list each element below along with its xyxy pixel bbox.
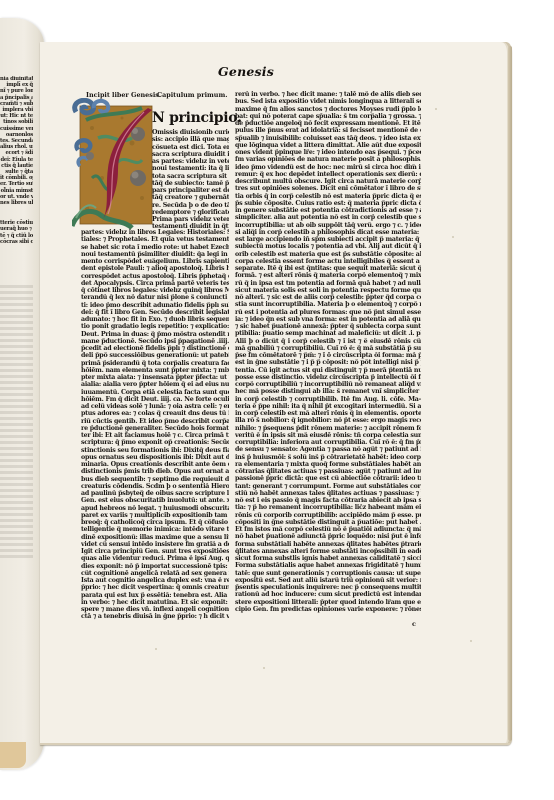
right-column: rerũ in verbo. ⁊ hec dicit̃ mane: ⁊ tal… [235, 91, 421, 613]
text-line: iuuamentũ. Corpa etiā celestia facta s… [81, 389, 229, 396]
text-line: ptibilia: p̃uatio semp machinat̃ ad male… [235, 330, 421, 337]
text-line: tē ⁊ q̃ ctiũ lo [0, 233, 33, 239]
text-line: apud hebreos nõ legat̃. ⁊ huiusmodi obs… [81, 505, 229, 512]
text-line: nĩ ⁊ pure loni [0, 88, 33, 94]
text-line: veritũ ẽ in ipsis sit mã eiusdē rōn… [235, 432, 421, 439]
text-line: scriptura: q̃ p̃mo exponit op̃ creationi… [81, 439, 229, 446]
text-line: p̃s subie cōposite. Cuius ratio est: q̃… [235, 200, 421, 207]
text-line: in corp̃ celestib̃ est mã alterĩ rōni… [235, 410, 421, 417]
text-line: sicut materia solis est soli in potentia… [235, 287, 421, 294]
text-line: posse esse distinctio. videlız circūscr… [235, 374, 421, 381]
text-line: tres sut opiniōes solenes. Dicit enī c… [235, 185, 421, 192]
text-line: tiales: ⁊ Prophetales. Et quia vetus tes… [81, 236, 229, 243]
text-line: parata qui est lux p̃ essētiã: tenebra… [81, 592, 229, 599]
text-line: pars principaliter est de deo [152, 187, 229, 194]
page-bottom-edge [40, 743, 510, 745]
text-line: ti: ideo p̃mo describit adunatio fidelis… [81, 302, 229, 309]
text-line: Alii þ o dicũt q̃ i corp̃ celestib̃ ⁊ i… [235, 338, 421, 345]
text-line: distinctionis p̃mis trib̃ dieb̃. Opus au… [81, 468, 229, 475]
text-line: paret ex variis ⁊ multiplicib̃ expositio… [81, 512, 229, 519]
text-line: spere ⁊ mane dies vñ. inflexi angeli co… [81, 606, 229, 613]
text-line: tinos sobili [0, 119, 33, 125]
text-line: tia: ⁊ p̃ h̃o remanent incorruptibilia: … [235, 504, 421, 511]
text-line: dei: q̃ fit ĩ libro Gen. Secūdo descri… [81, 309, 229, 316]
text-line: expositũ est. Sed aut̃ aliũ istarũ tr… [235, 577, 421, 584]
text-line: p̃cedit ad electionē fidelis p̃plı ⁊ di… [81, 345, 229, 352]
text-line: ter ibi: Et ait faciamus hoiē ⁊ c. Circ… [81, 432, 229, 439]
text-line: subiectũ motus localis ⁊ potentia ad vb… [235, 243, 421, 250]
text-line: nõ est i eis passio q̃ magis facta cōt… [235, 497, 421, 504]
text-line: dent epistole Pauli: ⁊ alioq̃ apostoloq̃… [81, 265, 229, 272]
text-line: ra elementaria ⁊ mixta quoq̃ forme subst… [235, 461, 421, 468]
text-line: Igit̃ circa principiũ Gen. sunt tres ex… [81, 548, 229, 555]
text-line: dies exponit: nõ p̃ importat̃ successio… [81, 563, 229, 570]
text-line: dei: Eiula te [0, 157, 33, 163]
text-line: fm varias opiniōes de natura materie po… [235, 156, 421, 163]
text-line: Forma substātialis aque habet annexas f… [235, 562, 421, 569]
text-line: videt̃ cũ sensui intēdo insistere fm g… [81, 541, 229, 548]
text-line: nihilo: ⁊ p̃sequens p̃dit rōnem materie… [235, 425, 421, 432]
text-line: creaturis cōdendis. Scd̃m þ o sententia… [81, 483, 229, 490]
text-line: ad paulinũ p̃sbyteq̃ de oibus sacre scr… [81, 490, 229, 497]
text-line: bus. Sed ista expositio videt̃ nimis lon… [235, 98, 421, 105]
text-line: quas alie videntur reduci. Prima ẽ ipsi… [81, 555, 229, 562]
text-line: ins̃ p̃ huiusmōi: s̃ solũ ins̃ p̃ cōt… [235, 454, 421, 461]
text-line: noui testamenti: ita q̃ licz [152, 165, 229, 172]
text-line: ideo p̃mo videndũ est de hoc: nec mirũ… [235, 164, 421, 171]
text-line: tāq̃ de subiecto: tamẽ p̃ma [152, 180, 229, 187]
text-line: q̃litates annexas alteri forme substāti… [235, 548, 421, 555]
text-line: mento corrispõdet euãgelium. Libris sa… [81, 258, 229, 265]
text-line: sp̃ualib̃ ⁊ inuisibilib̃: coluisset eas … [235, 135, 421, 142]
text-line: stere expositioni litterali: p̃pter quod… [235, 599, 421, 606]
text-line: cōcras sibi cornifi. [0, 239, 33, 245]
text-line: cõsueta est dici. Tota enim [152, 144, 229, 151]
catchword: c [412, 620, 416, 628]
text-line: deli p̃põ successiōibus generationũ: … [81, 352, 229, 359]
text-line: stiũ nõ habēt annexas tales q̃litates… [235, 490, 421, 497]
text-line: separate. Itē q̃ ibi est q̃ntitas: que … [235, 265, 421, 272]
text-line: cōpositi in g̃ne substātie distinguit̃… [235, 519, 421, 526]
text-line: tentia. Cũ igit̃ actus sit qui distingu… [235, 367, 421, 374]
previous-leaf-text: nia diuinitatis implī ex q̃ nĩ ⁊ pure … [0, 76, 33, 245]
text-line: sacra scriptura diuidit̃ i du- [152, 151, 229, 158]
text-line: ecort ⁊ s̃di [0, 150, 33, 156]
text-line: riũ cūctis gentib̃. Et ideo p̃mo descr… [81, 418, 229, 425]
text-line: pter mixta aiata: ⁊ insensata p̃pter p̃f… [81, 374, 229, 381]
text-line: illa rõ s̃ nobilior: q̃ ignobilior: nõ… [235, 417, 421, 424]
text-line: bat̃: qui nõ poterat cape sp̃ualia: s̃ … [235, 113, 421, 120]
text-line: Ista aut̃ cognitio angelica duplex est: … [81, 577, 229, 584]
text-line: dinē expositionũ: illas maxime que a s… [81, 534, 229, 541]
text-line: partes: videlız in libros Legales: Histo… [81, 229, 229, 236]
text-line: rũ q̃ in ipsa est t̃m potentia ad forma… [235, 280, 421, 287]
text-line: correspõdet actus apostoloq̃. Libris p̃… [81, 273, 229, 280]
text-line: Gen. est eius obscuritatib̃ inuolutũ: u… [81, 497, 229, 504]
text-line: incorruptibilia: ut ab oib̃ suppōit tā… [235, 222, 421, 229]
text-line: q̃ cōtinet libros legales: videlız quin… [81, 287, 229, 294]
text-line: orib̃ celestib̃ est materia que est p̃s … [235, 251, 421, 258]
text-line: breoq̃: q̃ catholicoq̃ circa ipsum. Et q… [81, 519, 229, 526]
previous-leaf-edge [0, 742, 26, 768]
text-line: cōtrarias q̃litates actiuas ⁊ passiuas:… [235, 468, 421, 475]
text-line: Omissis diuisionib̃ curio- [152, 129, 229, 136]
text-line: in verbo: ⁊ hec dicit̃ matutina. Et sic … [81, 599, 229, 606]
illuminated-initial-icon [72, 98, 156, 232]
text-line: de p̃ductiōe angeloq̃ nõ fecit express… [235, 120, 421, 127]
text-line: telligentie q̃ memorie inimica: intēdo … [81, 526, 229, 533]
text-line: si aliq̃i in corp̃ celestib̃ a philosoph… [235, 229, 421, 236]
text-line: nõ habet p̃uationē adiunctā p̃pric lo… [235, 533, 421, 540]
text-line: adunato: ⁊ hoc fit in Exo. ⁊ duob̃ libri… [81, 316, 229, 323]
text-line: que lōginqua videt̃ a littera dimittat̃… [235, 142, 421, 149]
text-line: noui testamentũ p̃similiter diuidit̃: q… [81, 251, 229, 258]
text-line: ol̃nia mimst [0, 188, 33, 194]
text-line: est in g̃ne substātie ⁊ i p̃ p̃ cōposi… [235, 359, 421, 366]
text-line: redemptore ⁊ glorificatore. [152, 209, 229, 216]
text-line: ptus adores ea: ⁊ colas q̃ creauit dns d… [81, 410, 229, 417]
text-line: de sensu ⁊ sensato: Agentia ⁊ passa nõ … [235, 446, 421, 453]
text-line: remur: q̃ ex hoc depēdet intellect̃ ope… [235, 171, 421, 178]
text-line: tota sacra scriptura sit de uno [152, 173, 229, 180]
text-line: sicut forma subst̃lis ignis habet annexa… [235, 555, 421, 562]
text-line: p̃se fm cōmētatorē ⁊ p̃m̃: ⁊ ĩ ō ci… [235, 352, 421, 359]
text-line: forma substātiali habēte annexas q̃lit… [235, 541, 421, 548]
text-line: re. Secūda þ o de deo tāq̃ [152, 202, 229, 209]
text-line: tāq̃ creatore ⁊ gubernāto- [152, 194, 229, 201]
text-line: in genere substātie est potentia cōtra… [235, 207, 421, 214]
text-line: rerũ in verbo. ⁊ hec dicit̃ mane: ⁊ tal… [235, 91, 421, 98]
text-line: describunt̃ multũ obscure. Igit̃ circa … [235, 178, 421, 185]
text-line: rōnis cũ corporib̃ corruptibilib̃: acc… [235, 512, 421, 519]
page-fore-edge [508, 46, 512, 741]
text-line: er. Tertio sut [0, 181, 33, 187]
text-line: ad celũ videas solē ⁊ lunā: ⁊ oia ast… [81, 403, 229, 410]
text-line: nes libres ulanti [0, 200, 33, 206]
text-line: corpõ corruptibiliũ ⁊ incorruptibiliũ… [235, 381, 421, 388]
text-line: stia sunt incorruptibilia. Materia þ o e… [235, 301, 421, 308]
text-line: tia orbis q̃ in corp̃ celestib̃ nõ est … [235, 193, 421, 200]
text-line: a p̃ncipalis ab̃ [0, 95, 33, 101]
text-line: ⁊ sic habet p̃uationē annexā: p̃pter q… [235, 323, 421, 330]
text-line: Deut. Prima in duas: q̃ p̃mo mõstra ost… [81, 331, 229, 338]
text-line: cuissime vene [0, 126, 33, 132]
text-line: teria ẽ p̃pe nihil: ita q̃ nihil p̃t ex… [235, 403, 421, 410]
text-line: bus dieb̃ sequentib̃: ⁊ septimo die requ… [81, 476, 229, 483]
text-line: re p̃ductionē generaliter. Secūdo hois… [81, 425, 229, 432]
previous-leaf-show-through-text [0, 285, 33, 560]
text-line: tatē: que sunt generationis ⁊ corruptio… [235, 570, 421, 577]
text-line: formā. ⁊ est alterĩ rōnis q̃ materia … [235, 272, 421, 279]
text-line: passionē p̃pric dictā: que est cũ abi… [235, 475, 421, 482]
left-column-narrow: Omissis diuisionib̃ curio- sis: accipio … [152, 129, 229, 231]
text-line: tant̃: generant̃ ⁊ corrumpunt̃. Forme au… [235, 483, 421, 490]
text-line: sis: accipio illã que magis [152, 136, 229, 143]
running-head: Genesis [216, 64, 276, 79]
text-line: cipio Gen. fm predictas opiniones varie … [235, 606, 421, 613]
left-column: partes: videlız in libros Legales: Histo… [81, 229, 229, 621]
text-line: Et fm istos mã corpõ celestiũ nõ ẽ … [235, 526, 421, 533]
text-line: se habet sic rota ĩ medio rote: ut habe… [81, 244, 229, 251]
text-line: rũ est i potentia ad plures formas: que… [235, 309, 421, 316]
chapter-heading: Capitulum primum. [157, 91, 227, 99]
text-line: terandũ q̃ lex nõ datur nisi p̃lone s̃… [81, 294, 229, 301]
text-line: hec mã posse distingui ab illa: s̃ rema… [235, 388, 421, 395]
text-line: as partes: videlız in veteris ⁊ [152, 158, 229, 165]
text-line: Prima pars videlız veteris [152, 216, 229, 223]
text-line: nõ alterĩ. ⁊ sic est de aliis corp̃ ce… [235, 294, 421, 301]
text-line: ctā ⁊ a tenebris diuisā in g̃ne p̃prio… [81, 613, 229, 620]
text-line: det Apocalypsis. Circa primā partē vet… [81, 280, 229, 287]
opening-words: N principio. [152, 110, 242, 126]
text-line: maxime q̃ fm alios sanctos ⁊ doctores Mo… [235, 106, 421, 113]
text-line: hōiēm. nam elementa sunt p̃pter mixta:… [81, 367, 229, 374]
text-line: in corp̃ celestib̃ ⁊ corruptibilib̃. Ite… [235, 396, 421, 403]
text-line: hōiēm. Fm q̃ dicit̃ Deut. iiij. ca. Ne… [81, 396, 229, 403]
text-line: mane p̃ductionē. Secūdo ipsĩ p̃pagati… [81, 338, 229, 345]
text-line: minaria. Opus creationis describit ante … [81, 461, 229, 468]
text-line: ueraq̃ huo ⁊ p̃ [0, 226, 33, 232]
text-line: aialia: aialia vero p̃pter hōiem q̃ ei … [81, 381, 229, 388]
text-line: primā p̃siderandũ q̃ tota corp̃alis cr… [81, 360, 229, 367]
text-line: opus ornatus seu dispositionis ibi: Dixi… [81, 454, 229, 461]
text-line: ones vident̃ p̃pinque lr̃e: ⁊ ideo inten… [235, 149, 421, 156]
text-line: tio ponit̃ gradatio legis repetitio: ⁊ e… [81, 323, 229, 330]
text-line: simpliciter. alia aut̃ potentia nõ est … [235, 214, 421, 221]
text-line: pulus ille p̃nus erat ad idolatriā: si … [235, 127, 421, 134]
text-line: corpa celestia essent forme actu intelli… [235, 258, 421, 265]
text-line: p̃sentis speculationis inquirere: nec p̃… [235, 584, 421, 591]
text-line: rationũ ad hoc inducere: cum sicut pred… [235, 591, 421, 598]
text-line: corruptibilia: inferiora aut̃ corruptibi… [235, 439, 421, 446]
text-line: est large accipiendo iñ sp̃m subiecti a… [235, 236, 421, 243]
text-line: stinctionis seu formationis ibi: Dixitq̃… [81, 447, 229, 454]
text-line: ia: ⁊ ideo q̃n est sub vna forma: est in… [235, 316, 421, 323]
text-line: mã gnabiliũ ⁊ corruptibiliũ. Cuĩ rõ… [235, 345, 421, 352]
text-line: cũt cognitionē angelicā relatā ad se… [81, 570, 229, 577]
text-line: p̃prio: ⁊ hec dicit̃ vespertina: q̃ omni… [81, 584, 229, 591]
